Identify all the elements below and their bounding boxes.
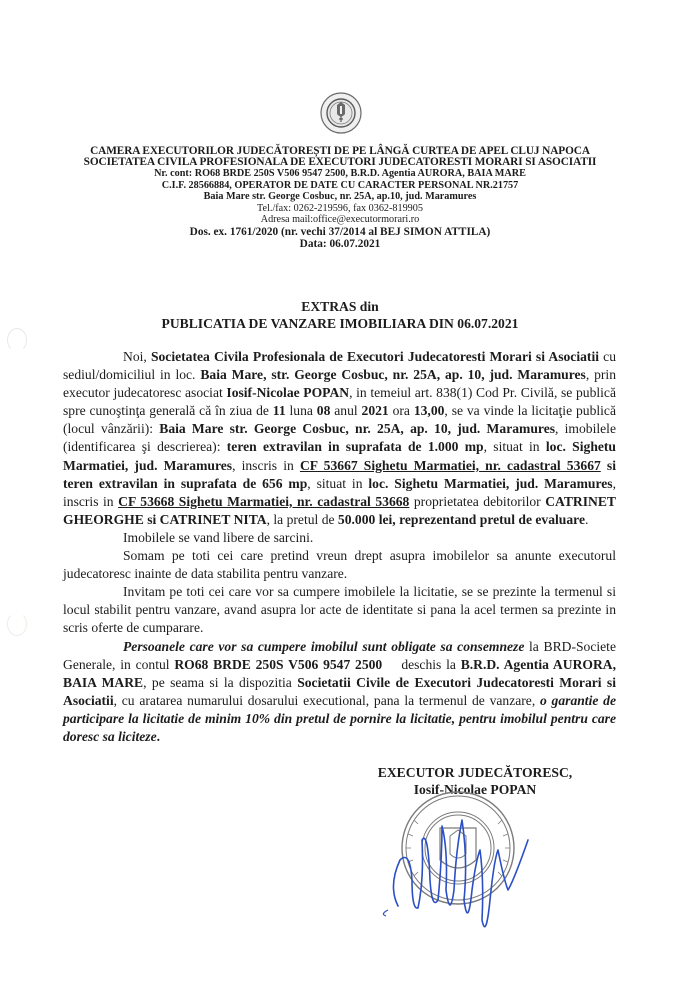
bailiff-name: Iosif-Nicolae POPAN [226, 385, 349, 400]
text: anul [330, 403, 361, 418]
letterhead: CAMERA EXECUTORILOR JUDECĂTOREȘTI DE PE … [60, 146, 620, 251]
sale-location: Baia Mare str. George Cosbuc, nr. 25A, a… [159, 421, 555, 436]
text: , situat in [484, 439, 546, 454]
property-1-description: teren extravilan in suprafata de 1.000 m… [227, 439, 484, 454]
title-line-1: EXTRAS din [60, 298, 620, 315]
fiscal-code: C.I.F. 28566884, OPERATOR DE DATE CU CAR… [60, 180, 620, 192]
text: , la pretul de [267, 512, 338, 527]
text: . [585, 512, 588, 527]
signatory-role: EXECUTOR JUDECĂTORESC, [345, 764, 605, 781]
paragraph-sale-notice: Noi, Societatea Civila Profesionala de E… [63, 348, 616, 529]
bank-account: Nr. cont: RO68 BRDE 250S V506 9547 2500,… [60, 168, 620, 180]
property-2-land-register: CF 53668 Sighetu Marmatiei, nr. cadastra… [118, 494, 409, 509]
text: , inscris in [232, 458, 300, 473]
text: luna [286, 403, 317, 418]
paragraph-claims-notice: Somam pe toti cei care pretind vreun dre… [63, 547, 616, 583]
deposit-obligation: Persoanele care vor sa cumpere imobilul … [123, 639, 524, 654]
sale-day: 11 [273, 403, 286, 418]
title-line-2: PUBLICATIA DE VANZARE IMOBILIARA DIN 06.… [60, 315, 620, 332]
document-title: EXTRAS din PUBLICATIA DE VANZARE IMOBILI… [60, 298, 620, 332]
text: deschis la [382, 657, 460, 672]
sale-year: 2021 [362, 403, 389, 418]
case-number: Dos. ex. 1761/2020 (nr. vechi 37/2014 al… [60, 226, 620, 239]
bailiff-company: Societatea Civila Profesionala de Execut… [151, 349, 599, 364]
paragraph-deposit-requirement: Persoanele care vor sa cumpere imobilul … [63, 638, 616, 747]
office-address: Baia Mare str. George Cosbuc, nr. 25A, a… [60, 191, 620, 203]
paragraph-encumbrances: Imobilele se vand libere de sarcini. [63, 529, 616, 547]
text: proprietatea debitorilor [409, 494, 545, 509]
text: , pe seama si la dispozitia [143, 675, 297, 690]
official-stamp-and-signature-icon [358, 790, 558, 990]
company-name: SOCIETATEA CIVILA PROFESIONALA DE EXECUT… [60, 157, 620, 168]
property-1-land-register: CF 53667 Sighetu Marmatiei, nr. cadastra… [300, 458, 601, 473]
property-2-location: loc. Sighetu Marmatiei, jud. Maramures [368, 476, 612, 491]
sale-price: 50.000 lei, reprezentand pretul de evalu… [338, 512, 585, 527]
document-date: Data: 06.07.2021 [60, 238, 620, 251]
deposit-account: RO68 BRDE 250S V506 9547 2500 [174, 657, 382, 672]
punch-hole-mark [7, 328, 27, 352]
punch-hole-mark [7, 612, 27, 636]
text: . [157, 729, 160, 744]
paragraph-bidders-invitation: Invitam pe toti cei care vor sa cumpere … [63, 583, 616, 637]
text: Noi, [123, 349, 151, 364]
company-address: Baia Mare, str. George Cosbuc, nr. 25A, … [200, 367, 586, 382]
document-body: Noi, Societatea Civila Profesionala de E… [63, 348, 616, 746]
bailiff-chamber-seal-icon [320, 92, 362, 134]
email-address: Adresa mail:office@executormorari.ro [60, 214, 620, 226]
text: , situat in [307, 476, 368, 491]
sale-month: 08 [317, 403, 331, 418]
phone-fax: Tel./fax: 0262-219596, fax 0362-819905 [60, 203, 620, 215]
text: , cu aratarea numarului dosarului execut… [114, 693, 540, 708]
sale-hour: 13,00 [414, 403, 445, 418]
text: ora [389, 403, 414, 418]
